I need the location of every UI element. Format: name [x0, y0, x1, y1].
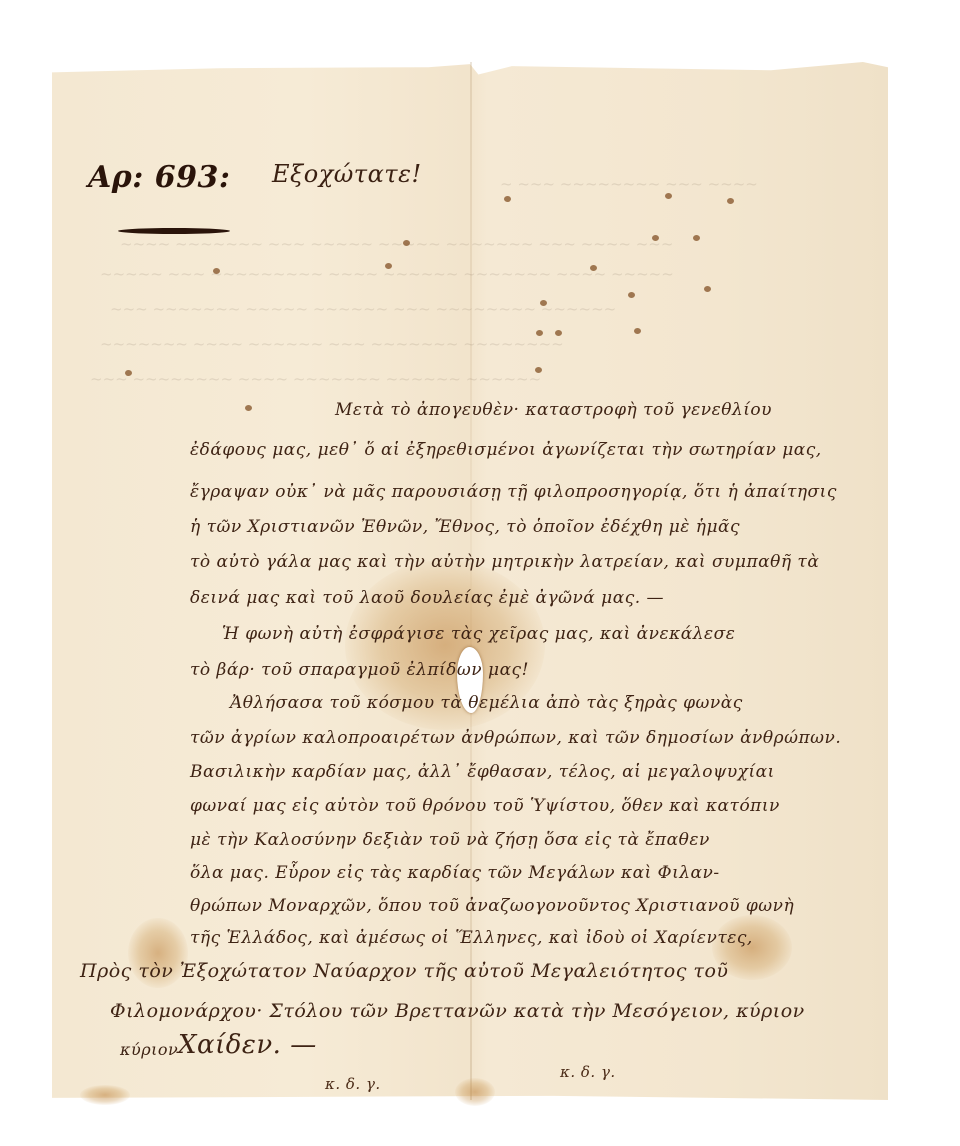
ghost-text: ~ ~~~ ~~~~~~~~ ~~~ ~~~~ — [500, 175, 758, 193]
ghost-text: ~~~~ ~~~~~~~ ~~~ ~~~~~ ~~~~~ ~~~~~~~ ~~~… — [120, 235, 673, 253]
foxing-spot — [536, 330, 543, 336]
foxing-spot — [704, 286, 711, 292]
signature: Χαίδεν. — — [178, 1030, 317, 1060]
closing-line: Πρὸς τὸν Ἐξοχώτατον Ναύαρχον τῆς αὐτοῦ Μ… — [80, 960, 728, 982]
body-line: θρώπων Μοναρχῶν, ὅπου τοῦ ἀναζωογονοῦντο… — [190, 896, 794, 916]
reference-underline — [118, 228, 230, 234]
reference-number: Αρ: 693: — [88, 160, 230, 195]
foxing-spot — [555, 330, 562, 336]
foxing-spot — [385, 263, 392, 269]
initials-left: κ. δ. γ. — [325, 1075, 381, 1093]
ghost-text: ~~~~~~~ ~~~~ ~~~~~~ ~~~ ~~~~~~~ ~~~~~~~~ — [100, 335, 564, 353]
foxing-spot — [504, 196, 511, 202]
ghost-text: ~~~ ~~~~~~~~ ~~~~ ~~~~~~~ ~~~~~~ ~~~~~~ — [90, 370, 541, 388]
body-line: Ἡ φωνὴ αὐτὴ ἐσφράγισε τὰς χεῖρας μας, κα… — [222, 624, 735, 644]
closing-line: κύριον — [120, 1040, 178, 1059]
body-line: ἐδάφους μας, μεθ᾽ ὅ αἱ ἐξηρεθισμένοι ἀγω… — [190, 440, 822, 460]
foxing-spot — [540, 300, 547, 306]
initials-right: κ. δ. γ. — [560, 1063, 616, 1081]
edge-stain — [80, 1085, 130, 1105]
body-line: τῶν ἀγρίων καλοπροαιρέτων ἀνθρώπων, καὶ … — [190, 728, 841, 748]
foxing-spot — [652, 235, 659, 241]
foxing-spot — [590, 265, 597, 271]
foxing-spot — [628, 292, 635, 298]
foxing-spot — [727, 198, 734, 204]
foxing-spot — [693, 235, 700, 241]
foxing-spot — [125, 370, 132, 376]
body-line: τῆς Ἑλλάδος, καὶ ἀμέσως οἱ Ἕλληνες, καὶ … — [190, 928, 753, 948]
body-line: Μετὰ τὸ ἀπογευθὲν· καταστροφὴ τοῦ γενεθλ… — [335, 400, 772, 420]
body-line: ἔγραψαν οὐκ᾽ νὰ μᾶς παρουσιάσῃ τῇ φιλοπρ… — [190, 482, 837, 502]
foxing-spot — [403, 240, 410, 246]
body-line: Βασιλικὴν καρδίαν μας, ἀλλ᾽ ἔφθασαν, τέλ… — [190, 762, 775, 782]
body-line: Ἀθλήσασα τοῦ κόσμου τὰ θεμέλια ἀπὸ τὰς ξ… — [230, 693, 743, 713]
foxing-spot — [535, 367, 542, 373]
body-line: τὸ αὐτὸ γάλα μας καὶ τὴν αὐτὴν μητρικὴν … — [190, 552, 819, 572]
body-line: μὲ τὴν Καλοσύνην δεξιὰν τοῦ νὰ ζήσῃ ὅσα … — [190, 830, 710, 850]
salutation: Εξοχώτατε! — [272, 160, 422, 188]
body-line: δεινά μας καὶ τοῦ λαοῦ δουλείας ἐμὲ ἀγῶν… — [190, 588, 664, 608]
body-line: φωναί μας εἰς αὐτὸν τοῦ θρόνου τοῦ Ὑψίστ… — [190, 796, 780, 816]
foxing-spot — [213, 268, 220, 274]
closing-line: Φιλομονάρχου· Στόλου τῶν Βρεττανῶν κατὰ … — [110, 1000, 805, 1022]
body-line: ὅλα μας. Εὗρον εἰς τὰς καρδίας τῶν Μεγάλ… — [190, 863, 720, 883]
body-line: ἡ τῶν Χριστιανῶν Ἐθνῶν, Ἔθνος, τὸ ὁποῖον… — [190, 517, 740, 537]
body-line: τὸ βάρ· τοῦ σπαραγμοῦ ἐλπίδων μας! — [190, 660, 529, 680]
foxing-spot — [245, 405, 252, 411]
edge-stain — [455, 1078, 495, 1106]
foxing-spot — [665, 193, 672, 199]
foxing-spot — [634, 328, 641, 334]
